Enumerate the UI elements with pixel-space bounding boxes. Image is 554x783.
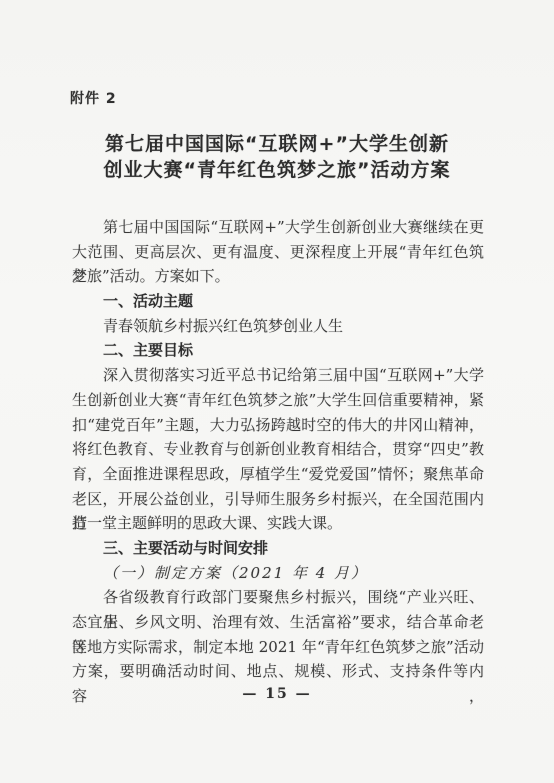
- intro-paragraph-line: 第七届中国国际“互联网+”大学生创新创业大赛继续在更: [72, 215, 484, 240]
- section-3-paragraph-line: 态宜居、乡风文明、治理有效、生活富裕”要求，结合革命老区: [72, 610, 484, 635]
- document-title-line-1: 第七届中国国际“互联网+”大学生创新: [0, 131, 554, 157]
- document-body: 第七届中国国际“互联网+”大学生创新创业大赛继续在更 大范围、更高层次、更有温度…: [72, 215, 484, 684]
- document-title: 第七届中国国际“互联网+”大学生创新 创业大赛“青年红色筑梦之旅”活动方案: [0, 131, 554, 183]
- section-3-sub-heading: （一）制定方案（2021 年 4 月）: [72, 561, 484, 586]
- section-3-paragraph-line: 等地方实际需求，制定本地 2021 年“青年红色筑梦之旅”活动: [72, 635, 484, 660]
- section-2-paragraph-line: 深入贯彻落实习近平总书记给第三届中国“互联网+”大学: [72, 363, 484, 388]
- intro-paragraph-line: 之旅”活动。方案如下。: [72, 264, 484, 289]
- section-2-paragraph-line: 老区，开展公益创业，引导师生服务乡村振兴，在全国范围内打: [72, 487, 484, 512]
- attachment-label: 附件 2: [70, 88, 117, 108]
- intro-paragraph-line: 大范围、更高层次、更有温度、更深程度上开展“青年红色筑梦: [72, 240, 484, 265]
- section-2-paragraph-line: 育，全面推进课程思政，厚植学生“爱党爱国”情怀；聚焦革命: [72, 462, 484, 487]
- section-1-heading: 一、活动主题: [72, 289, 484, 314]
- section-2-heading: 二、主要目标: [72, 338, 484, 363]
- section-3-paragraph-line: 各省级教育行政部门要聚焦乡村振兴，围绕“产业兴旺、生: [72, 585, 484, 610]
- section-2-paragraph-line: 将红色教育、专业教育与创新创业教育相结合，贯穿“四史”教: [72, 437, 484, 462]
- section-3-heading: 三、主要活动与时间安排: [72, 536, 484, 561]
- scanned-document-page: 附件 2 第七届中国国际“互联网+”大学生创新 创业大赛“青年红色筑梦之旅”活动…: [0, 0, 554, 783]
- section-2-paragraph-line: 扣“建党百年”主题，大力弘扬跨越时空的伟大的井冈山精神，: [72, 413, 484, 438]
- section-2-paragraph-line: 生创新创业大赛“青年红色筑梦之旅”大学生回信重要精神，紧: [72, 388, 484, 413]
- page-number: — 15 —: [0, 686, 554, 702]
- section-1-body-line: 青春领航乡村振兴红色筑梦创业人生: [72, 314, 484, 339]
- document-title-line-2: 创业大赛“青年红色筑梦之旅”活动方案: [0, 157, 554, 183]
- section-2-paragraph-line: 造一堂主题鲜明的思政大课、实践大课。: [72, 511, 484, 536]
- section-3-paragraph-line: 方案，要明确活动时间、地点、规模、形式、支持条件等内容，: [72, 659, 484, 684]
